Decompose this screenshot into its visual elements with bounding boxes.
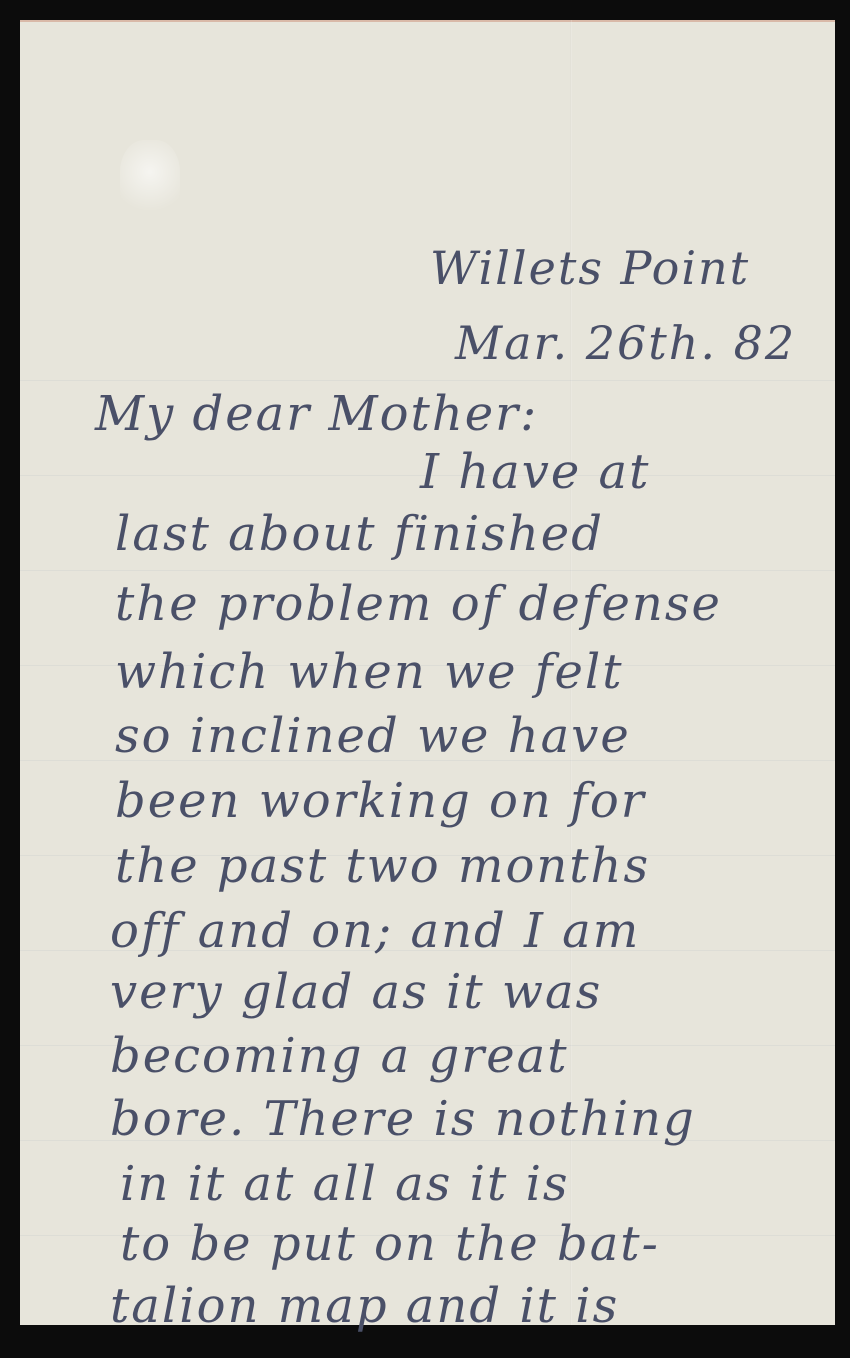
body-line: off and on; and I am xyxy=(110,907,640,955)
letter-page: Willets Point Mar. 26th. 82 My dear Moth… xyxy=(20,20,835,1325)
ruled-line xyxy=(20,380,835,381)
body-line: I have at xyxy=(420,448,650,496)
embossed-stationery-mark-icon xyxy=(120,140,180,220)
heading-place: Willets Point xyxy=(430,245,750,291)
body-line: in it at all as it is xyxy=(120,1160,570,1208)
body-line: very glad as it was xyxy=(110,968,602,1016)
salutation: My dear Mother: xyxy=(95,390,538,438)
body-line: to be put on the bat- xyxy=(120,1220,660,1268)
body-line: last about finished xyxy=(115,510,604,558)
body-line: the problem of defense xyxy=(115,580,722,628)
body-line: talion map and it is xyxy=(110,1282,619,1330)
body-line: bore. There is nothing xyxy=(110,1095,696,1143)
body-line: so inclined we have xyxy=(115,712,631,760)
ruled-line xyxy=(20,570,835,571)
body-line: becoming a great xyxy=(110,1032,569,1080)
heading-date: Mar. 26th. 82 xyxy=(455,320,796,366)
body-line: been working on for xyxy=(115,777,646,825)
body-line: which when we felt xyxy=(115,648,624,696)
body-line: the past two months xyxy=(115,842,650,890)
